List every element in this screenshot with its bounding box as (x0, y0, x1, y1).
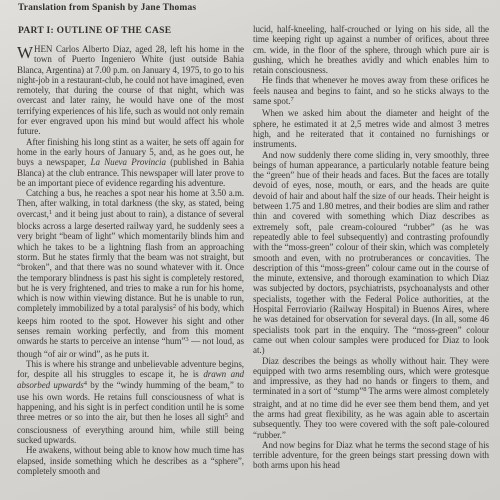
paragraph: After finishing his long stint as a wait… (17, 137, 244, 188)
footnote-marker: 2 (173, 303, 176, 310)
translator-credit: Translation from Spanish by Jane Thomas (18, 3, 196, 13)
footnote-marker: 7 (291, 96, 294, 103)
paragraph: He awakens, without being able to know h… (17, 445, 244, 476)
paragraph: WHEN Carlos Alberto Diaz, aged 28, left … (17, 44, 244, 137)
paragraph: He finds that whenever he moves away fro… (253, 75, 489, 108)
text-segment: lucid, half-kneeling, half-crouched or l… (253, 24, 489, 75)
footnote-marker: 3 (185, 336, 188, 343)
drop-cap: W (17, 44, 34, 62)
text-segment: La Nueva Provincia (91, 157, 166, 167)
section-heading: PART I: OUTLINE OF THE CASE (18, 26, 171, 36)
footnote-marker: 4 (84, 380, 87, 387)
text-segment: And now suddenly there come sliding in, … (253, 150, 489, 356)
paragraph: This is where his strange and unbelievab… (17, 359, 244, 445)
text-segment: HEN Carlos Alberto Diaz, aged 28, left h… (17, 44, 244, 136)
paragraph: Diaz describes the beings as wholly with… (253, 356, 489, 440)
paragraph: lucid, half-kneeling, half-crouched or l… (253, 24, 489, 75)
paragraph: And now suddenly there come sliding in, … (253, 150, 489, 356)
left-column: WHEN Carlos Alberto Diaz, aged 28, left … (17, 44, 244, 500)
paragraph: Catching a bus, he reaches a spot near h… (17, 188, 244, 359)
footnote-marker: 8 (363, 386, 366, 393)
text-segment: He finds that whenever he moves away fro… (253, 75, 489, 106)
right-column: lucid, half-kneeling, half-crouched or l… (253, 24, 489, 500)
paragraph: When we asked him about the diameter and… (253, 108, 489, 149)
scanned-page: Translation from Spanish by Jane Thomas … (0, 0, 500, 500)
footnote-marker: 1 (49, 209, 52, 216)
footnote-marker: 5 (225, 412, 228, 419)
text-segment: When we asked him about the diameter and… (253, 108, 489, 149)
text-segment: and it being just about to rain), a dist… (17, 209, 244, 314)
paragraph: And now begins for Diaz what he terms th… (253, 440, 489, 471)
text-segment: And now begins for Diaz what he terms th… (253, 440, 489, 471)
text-segment: He awakens, without being able to know h… (17, 445, 244, 476)
